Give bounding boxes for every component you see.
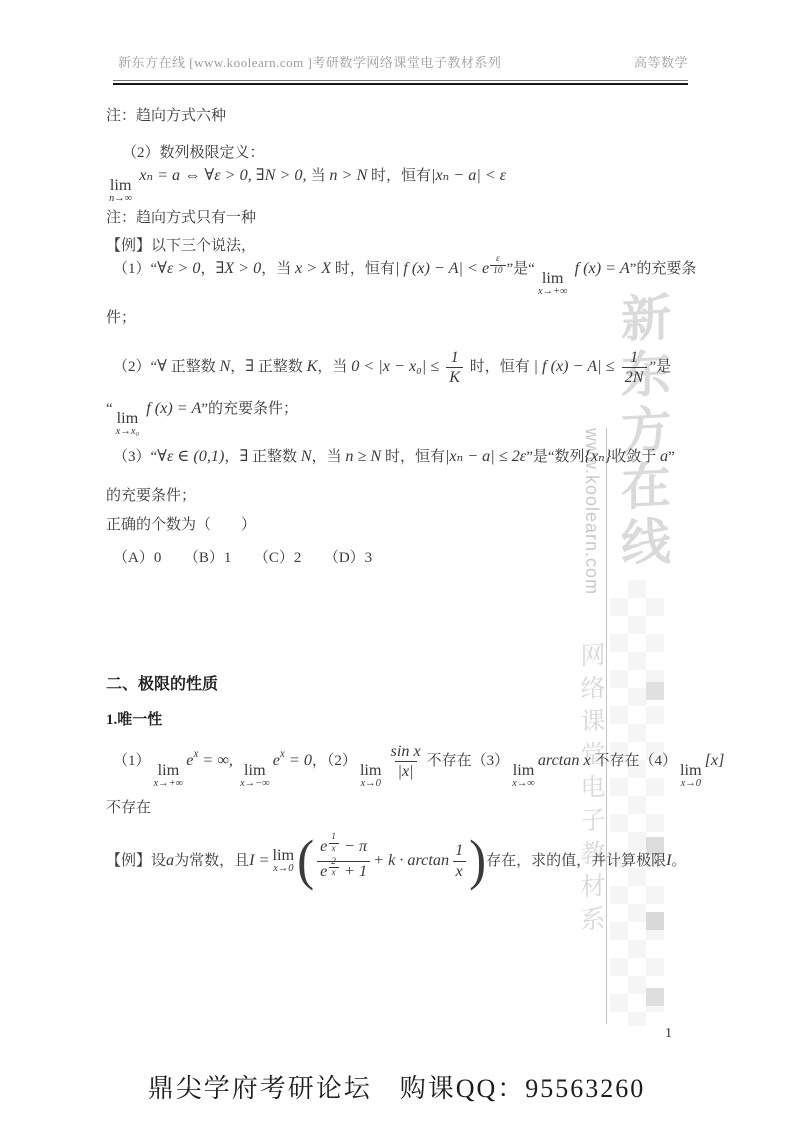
- text-segment: 不存在: [106, 800, 151, 816]
- power-exponent: 2x: [327, 860, 340, 871]
- text-segment: 注：趋向方式六种: [106, 108, 226, 124]
- math-segment: 0 < |x − x₀| ≤: [351, 357, 443, 375]
- text-segment: 时，恒有: [381, 449, 445, 465]
- text-segment: 不存在（3）: [427, 753, 510, 769]
- text-segment: 【例】以下三个说法，: [106, 238, 256, 254]
- fraction-numerator: e1x − π: [317, 837, 370, 861]
- text-segment: ”是: [650, 359, 672, 375]
- math-segment: ∀ε > 0: [157, 259, 200, 277]
- line-choices: （A）0 （B）1 （C）2 （D）3: [113, 548, 372, 568]
- power-exponent: x: [280, 749, 285, 760]
- watermark-vertical-line: [606, 428, 607, 1024]
- math-segment: 1: [331, 832, 336, 842]
- math-segment: = ∞,: [198, 751, 237, 769]
- limit-subscript: x→+∞: [154, 779, 184, 790]
- text-segment: 【例】设: [106, 851, 166, 871]
- math-segment: x: [332, 868, 336, 878]
- math-segment: ∃X > 0: [215, 259, 261, 277]
- footer-banner: 鼎尖学府考研论坛 购课QQ：95563260: [0, 1068, 793, 1105]
- document-page: 新东方在线 [www.koolearn.com ]考研数学网络课堂电子教材系列 …: [0, 0, 793, 1122]
- limit-subscript: x→0: [681, 779, 701, 790]
- text-segment: ，（2）: [312, 753, 357, 769]
- math-segment: f (x) = A: [571, 259, 630, 277]
- power-exponent: 1x: [327, 835, 340, 846]
- math-segment: = 0: [285, 751, 312, 769]
- text-segment: ”是“: [507, 261, 535, 277]
- limit-word: lim: [110, 177, 132, 193]
- text-segment: 不存在（4）: [591, 753, 677, 769]
- line-statement-1-cont: 件；: [106, 308, 136, 328]
- math-segment: |x|: [398, 762, 414, 780]
- math-segment: x: [280, 748, 285, 760]
- text-segment: （2）“: [113, 359, 157, 375]
- text-segment: （A）0 （B）1 （C）2 （D）3: [113, 550, 372, 566]
- line-statement-1: （1）“∀ε > 0，∃X > 0，当 x > X 时，恒有| f (x) − …: [113, 258, 696, 298]
- line-seq-formula: limn→∞ xₙ = a ⇔ ∀ε > 0, ∃N > 0, 当 n > N …: [106, 165, 506, 205]
- power-base: e: [273, 751, 280, 769]
- text-segment: 时，恒有: [367, 168, 431, 184]
- text-segment: （1）: [113, 753, 151, 769]
- limit-operator: limx→0: [680, 762, 702, 790]
- header-right-title: 高等数学: [634, 52, 688, 71]
- line-section-heading: 二、极限的性质: [106, 674, 218, 696]
- line-uniqueness-cont: 不存在: [106, 798, 151, 818]
- page-header: 新东方在线 [www.koolearn.com ]考研数学网络课堂电子教材系列 …: [118, 52, 688, 71]
- limit-operator: limx→0: [360, 762, 382, 790]
- text-segment: ，当: [312, 449, 346, 465]
- text-segment: （3）“: [113, 449, 157, 465]
- text-segment: （1）“: [113, 261, 157, 277]
- text-segment: 正确的个数为（ ）: [106, 517, 256, 533]
- math-segment: x: [456, 862, 463, 880]
- limit-subscript: x→−∞: [240, 779, 270, 790]
- fraction: sin x|x|: [388, 742, 424, 782]
- math-segment: |xₙ − a| ≤ 2ε: [445, 447, 526, 465]
- math-segment: K: [307, 357, 318, 375]
- fraction-numerator: sin x: [388, 742, 424, 761]
- limit-subscript: x→0: [361, 779, 381, 790]
- math-segment: 1: [630, 348, 638, 366]
- math-segment: sin x: [391, 742, 421, 760]
- line-statement-2-cont: “limx→x₀ f (x) = A”的充要条件；: [106, 398, 298, 438]
- line-statement-2: （2）“∀ 正整数 N，∃ 正整数 K，当 0 < |x − x₀| ≤ 1K …: [113, 348, 671, 388]
- watermark-checker-pattern: [610, 580, 664, 1026]
- text-segment: 时，恒有: [466, 359, 534, 375]
- fraction-denominator: x: [329, 843, 339, 855]
- text-segment: “: [106, 401, 113, 417]
- line-question: 正确的个数为（ ）: [106, 515, 256, 535]
- watermark-brand-vertical: 新东方在线: [606, 290, 678, 574]
- text-segment: ，当: [317, 359, 351, 375]
- math-segment: ∃: [239, 447, 248, 465]
- text-segment: ”是“数列: [526, 449, 584, 465]
- limit-operator: limn→∞: [109, 177, 132, 205]
- fraction: ε10: [490, 254, 505, 277]
- limit-word: lim: [158, 762, 180, 778]
- text-segment: ”的充要条: [630, 261, 697, 277]
- line-uniqueness: （1）limx→+∞ex = ∞, limx→−∞ex = 0，（2）limx→…: [113, 742, 724, 790]
- fraction: 1x: [452, 841, 466, 881]
- math-segment: N: [219, 357, 230, 375]
- page-number: 1: [665, 1026, 672, 1042]
- fraction: 12N: [622, 348, 647, 388]
- fraction-denominator: e2x + 1: [317, 861, 370, 886]
- power-expression: eε10: [482, 258, 507, 283]
- text-segment: 收敛于: [611, 449, 660, 465]
- limit-word: lim: [513, 762, 535, 778]
- math-segment: + 1: [340, 862, 367, 880]
- limit-operator: limx→+∞: [154, 762, 184, 790]
- math-segment: ∀ε ∈ (0,1): [157, 447, 224, 465]
- math-segment: f (x) = A: [142, 399, 201, 417]
- text-segment: 1.唯一性: [106, 712, 162, 728]
- header-rule: [113, 80, 688, 85]
- limit-word: lim: [680, 762, 702, 778]
- checker-dark-square: [646, 988, 664, 1006]
- fraction: 2x: [328, 857, 339, 880]
- limit-word: lim: [273, 847, 295, 863]
- limit-operator: limx→+∞: [538, 270, 568, 298]
- math-segment: x: [332, 844, 336, 854]
- fraction: 1x: [328, 832, 339, 855]
- text-segment: 的充要条件；: [106, 488, 196, 504]
- line-statement-3: （3）“∀ε ∈ (0,1)，∃ 正整数 N，当 n ≥ N 时，恒有|xₙ −…: [113, 446, 675, 468]
- text-segment: 存在，求的值，并计算极限: [486, 851, 666, 871]
- fraction-denominator: 10: [490, 265, 505, 277]
- checker-dark-square: [646, 912, 664, 930]
- fraction-denominator: |x|: [395, 761, 417, 781]
- fraction-denominator: K: [446, 367, 463, 387]
- fraction: e1x − πe2x + 1: [317, 837, 370, 885]
- text-segment: （2）数列极限定义：: [122, 145, 265, 161]
- power-expression: e2x: [320, 862, 340, 886]
- text-segment: 注：趋向方式只有一种: [106, 210, 256, 226]
- line-subsection-heading: 1.唯一性: [106, 710, 162, 730]
- text-segment: ，: [224, 449, 239, 465]
- fraction-numerator: 2: [328, 857, 339, 868]
- limit-operator: limx→x₀: [116, 410, 139, 438]
- text-segment: ，: [200, 261, 215, 277]
- math-segment: x > X: [295, 259, 331, 277]
- limit-word: lim: [117, 410, 139, 426]
- text-segment: ，: [230, 359, 245, 375]
- line-note-six-ways: 注：趋向方式六种: [106, 106, 226, 126]
- math-segment: 1: [455, 841, 463, 859]
- math-segment: | f (x) − A| ≤: [534, 357, 619, 375]
- math-segment: I =: [249, 850, 269, 872]
- math-segment: a: [166, 850, 174, 872]
- fraction-numerator: 1: [627, 348, 641, 367]
- math-segment: x: [193, 748, 198, 760]
- math-segment: N: [301, 447, 312, 465]
- math-segment: arctan x: [538, 751, 591, 769]
- math-segment: [x]: [705, 751, 725, 769]
- text-segment: 。: [672, 851, 687, 871]
- fraction-numerator: 1: [328, 832, 339, 843]
- math-segment: 2N: [625, 368, 644, 386]
- math-segment: ∀: [157, 357, 167, 375]
- math-segment: 10: [493, 266, 502, 276]
- fraction-numerator: 1: [448, 348, 462, 367]
- power-expression: ex: [273, 750, 285, 772]
- math-segment: K: [449, 368, 460, 386]
- checker-dark-square: [646, 682, 664, 700]
- limit-subscript: x→+∞: [538, 287, 568, 298]
- math-segment: ε: [496, 254, 500, 264]
- text-segment: ，当: [261, 261, 295, 277]
- math-segment: a: [660, 447, 668, 465]
- text-segment: 当: [311, 168, 330, 184]
- fraction-denominator: x: [329, 867, 339, 879]
- math-segment: n > N: [329, 166, 367, 184]
- power-expression: ex: [186, 750, 198, 772]
- fraction-numerator: ε: [493, 254, 503, 265]
- text-segment: 为常数，且: [174, 851, 249, 871]
- text-segment: 时，恒有: [331, 261, 395, 277]
- fraction-denominator: 2N: [622, 367, 647, 387]
- power-exponent: x: [193, 749, 198, 760]
- math-segment: ∃: [245, 357, 254, 375]
- text-segment: 正整数: [254, 359, 307, 375]
- math-segment: + k · arctan: [373, 850, 449, 872]
- text-segment: 件；: [106, 310, 136, 326]
- math-segment: 1: [451, 348, 459, 366]
- math-segment: {xₙ}: [585, 447, 612, 465]
- limit-operator: limx→0: [273, 847, 295, 875]
- text-segment: 正整数: [167, 359, 220, 375]
- math-segment: 2: [331, 857, 336, 867]
- fraction-denominator: x: [453, 861, 466, 881]
- limit-word: lim: [360, 762, 382, 778]
- text-segment: ”: [668, 449, 675, 465]
- math-segment: − π: [340, 837, 367, 855]
- limit-subscript: x→x₀: [116, 427, 139, 438]
- line-example-2: 【例】设 a 为常数，且 I = limx→0(e1x − πe2x + 1 +…: [106, 822, 687, 900]
- limit-subscript: x→∞: [512, 779, 535, 790]
- text-segment: ”的充要条件；: [201, 401, 298, 417]
- line-example-intro: 【例】以下三个说法，: [106, 236, 256, 256]
- fraction: 1K: [446, 348, 463, 388]
- power-exponent: ε10: [489, 257, 506, 268]
- limit-word: lim: [244, 762, 266, 778]
- limit-subscript: n→∞: [109, 194, 132, 205]
- line-note-one-way: 注：趋向方式只有一种: [106, 208, 256, 228]
- math-segment: | f (x) − A| <: [395, 259, 482, 277]
- limit-subscript: x→0: [273, 864, 293, 875]
- limit-operator: limx→−∞: [240, 762, 270, 790]
- line-item-2-def: （2）数列极限定义：: [122, 143, 265, 163]
- limit-word: lim: [542, 270, 564, 286]
- math-segment: |xₙ − a| < ε: [431, 166, 506, 184]
- text-segment: 二、极限的性质: [106, 676, 218, 693]
- fraction-numerator: 1: [452, 841, 466, 860]
- math-segment: n ≥ N: [345, 447, 381, 465]
- text-segment: 正整数: [248, 449, 301, 465]
- limit-operator: limx→∞: [512, 762, 535, 790]
- math-segment: xₙ = a ⇔ ∀ε > 0, ∃N > 0,: [135, 166, 310, 184]
- line-statement-3-cont: 的充要条件；: [106, 486, 196, 506]
- header-left-title: 新东方在线 [www.koolearn.com ]考研数学网络课堂电子教材系列: [118, 52, 501, 71]
